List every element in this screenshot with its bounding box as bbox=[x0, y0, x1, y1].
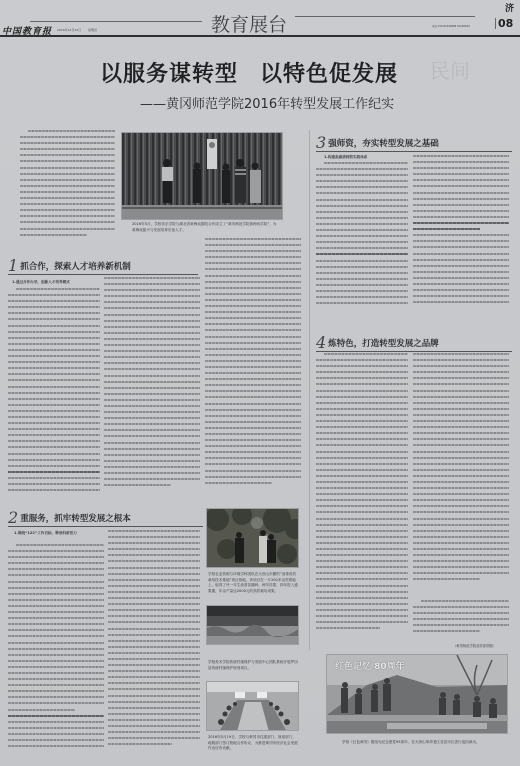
section-2-column-2 bbox=[108, 530, 200, 760]
masthead: 中国教育报 2016年12月15日 星期四 教育展台 电话:010-822968… bbox=[0, 0, 520, 42]
corner-mark: 济 bbox=[505, 1, 514, 14]
photo-caption-meeting: 2016年5月19日，学校与黄冈市住建部门、规划部门、地税部门签订校地合作协议，… bbox=[208, 735, 298, 752]
photo-caption-orchard: 学校农业资源与环境学科团队在大别山东麓的“油茶高效栽培技术基地”项目基地，该项目… bbox=[208, 572, 298, 594]
photo-village bbox=[206, 605, 299, 645]
section-4-closing-paragraph bbox=[413, 600, 509, 640]
headline-part-2: 以特色促发展 bbox=[260, 61, 398, 87]
photo-caption-opera: 学校《红色黄冈》剧组为纪念建党95周年，在大别山革命老区各县市区进行巡回演出。 bbox=[342, 740, 492, 746]
section-3-column-1 bbox=[316, 162, 408, 312]
article-headline: 以服务谋转型以特色促发展 bbox=[100, 57, 398, 88]
section-4-column-2 bbox=[413, 353, 509, 593]
stage-photo-image bbox=[122, 133, 283, 220]
section-2-number: 2 bbox=[8, 510, 18, 526]
column-divider bbox=[309, 130, 310, 650]
show-through-text: 民间 bbox=[430, 55, 470, 84]
photo-caption-village: 学校美术学院传统村落保护与发展中心团队系统开展罗田县传统村落保护规划项目。 bbox=[208, 660, 298, 671]
section-4-column-1 bbox=[316, 353, 408, 643]
section-1-header: 1 抓合作，探索人才培养新机制 bbox=[8, 258, 198, 275]
issue-date: 2016年12月15日 bbox=[57, 28, 81, 32]
photo-stage-ceremony bbox=[121, 132, 283, 220]
article-credit: （黄冈师范学院宣传部供稿） bbox=[453, 643, 496, 648]
masthead-bottom-rule bbox=[0, 35, 520, 37]
section-1-number: 1 bbox=[8, 258, 18, 274]
section-1-title: 抓合作，探索人才培养新机制 bbox=[20, 261, 131, 274]
article-subheadline: ——黄冈师范学院2016年转型发展工作纪实 bbox=[140, 93, 394, 112]
section-4-header: 4 炼特色，打造转型发展之品牌 bbox=[316, 335, 512, 352]
section-title: 教育展台 bbox=[211, 10, 287, 37]
page-number-divider bbox=[495, 18, 496, 29]
issue-weekday: 星期四 bbox=[88, 28, 97, 32]
section-1-column-1 bbox=[8, 288, 100, 498]
contact-phone: 电话:010-82296888 82296839 bbox=[432, 24, 470, 28]
section-1-sub-1: 1.通过合作办学，创新人才培养模式 bbox=[12, 280, 70, 285]
section-3-header: 3 强师资，夯实转型发展之基础 bbox=[316, 135, 512, 152]
orchard-photo-image bbox=[207, 509, 299, 568]
section-2-header: 2 重服务，抓牢转型发展之根本 bbox=[8, 510, 203, 527]
photo-meeting bbox=[206, 681, 299, 731]
section-3-sub-1: 1.构建高素质师资实践体系 bbox=[324, 155, 367, 160]
section-3-title: 强师资，夯实转型发展之基础 bbox=[328, 138, 439, 151]
section-2-sub-1: 1.围绕“122”工作目标，释放科研活力 bbox=[14, 531, 77, 536]
headline-part-1: 以服务谋转型 bbox=[100, 61, 238, 87]
photo-opera-performance: 红色记忆 80周年 bbox=[326, 654, 508, 734]
village-photo-image bbox=[207, 606, 299, 645]
newspaper-page: 中国教育报 2016年12月15日 星期四 教育展台 电话:010-822968… bbox=[0, 0, 520, 766]
masthead-rule-right bbox=[295, 16, 475, 17]
intro-paragraph bbox=[20, 130, 115, 242]
section-1-column-2 bbox=[104, 277, 200, 497]
opera-overlay-title: 红色记忆 80周年 bbox=[335, 659, 405, 672]
section-3-column-2 bbox=[413, 155, 509, 312]
section-2-title: 重服务，抓牢转型发展之根本 bbox=[20, 513, 131, 526]
section-4-number: 4 bbox=[316, 335, 326, 351]
photo-orchard bbox=[206, 508, 299, 568]
section-2-column-1 bbox=[8, 544, 104, 759]
masthead-rule bbox=[30, 21, 202, 22]
photo-caption-stage: 2016年5月，学校音乐学院与湖北省黄梅戏剧院合作成立了“黄冈师范学院黄梅戏学院… bbox=[132, 222, 277, 233]
section-1-column-3 bbox=[205, 238, 301, 498]
section-4-title: 炼特色，打造转型发展之品牌 bbox=[328, 338, 439, 351]
section-3-number: 3 bbox=[316, 135, 326, 151]
meeting-photo-image bbox=[207, 682, 299, 731]
page-number: 08 bbox=[498, 17, 513, 30]
